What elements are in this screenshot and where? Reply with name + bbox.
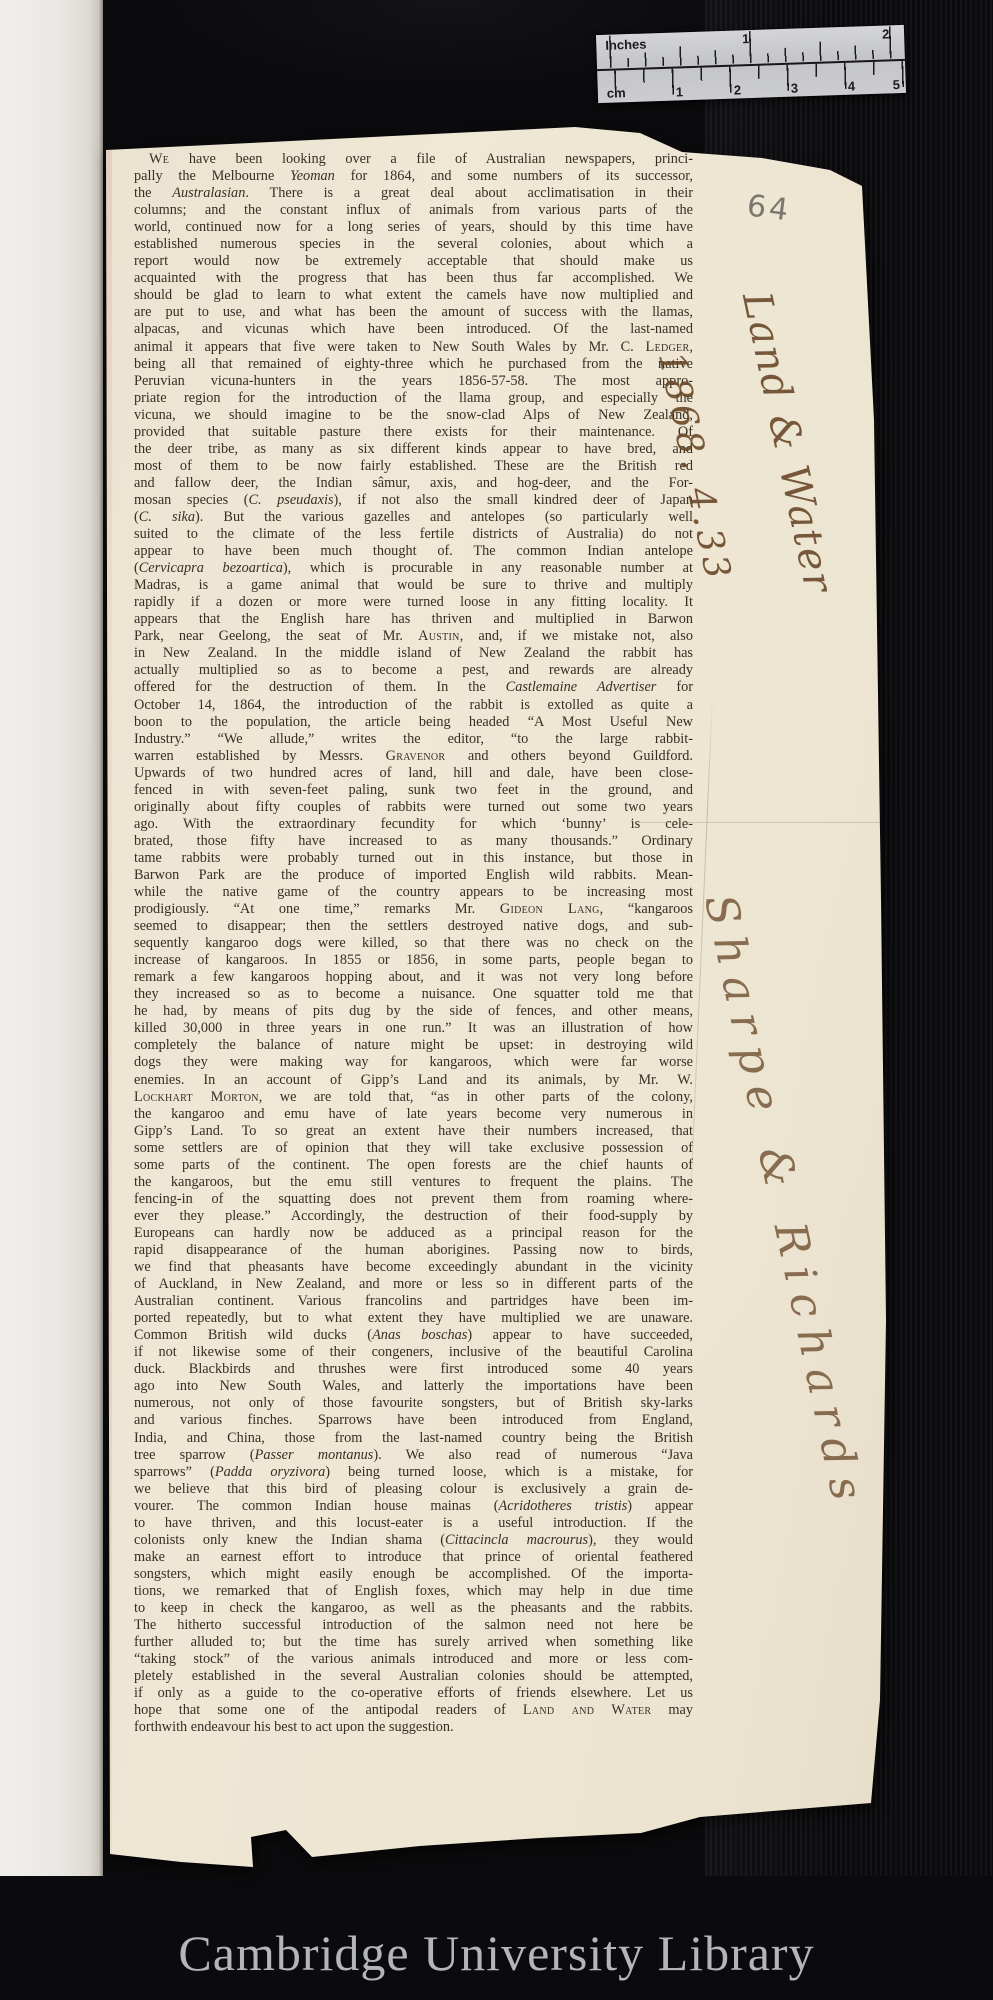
article-line: duck. Blackbirds and thrushes were first… <box>134 1361 693 1378</box>
article-text: We have been looking over a file of Aust… <box>134 151 693 1736</box>
paper-crease-horizontal <box>638 822 884 823</box>
article-line: further alluded to; but the time has sur… <box>134 1634 693 1651</box>
article-line: columns; and the constant influx of anim… <box>134 202 693 219</box>
article-line: pletely established in the several Austr… <box>134 1668 693 1685</box>
article-line: increase of kangaroos. In 1855 or 1856, … <box>134 952 693 969</box>
article-line: Upwards of two hundred acres of land, hi… <box>134 765 693 782</box>
article-line: (Cervicapra bezoartica), which is procur… <box>134 560 693 577</box>
article-line: alpacas, and vicunas which have been int… <box>134 321 693 338</box>
article-line: actually multiplied so as to become a pe… <box>134 662 693 679</box>
article-line: ago. With the extraordinary fecundity fo… <box>134 816 693 833</box>
article-line: in New Zealand. In the middle island of … <box>134 645 693 662</box>
article-line: colonists only knew the Indian shama (Ci… <box>134 1532 693 1549</box>
article-line: India, and China, those from the last-na… <box>134 1430 693 1447</box>
article-line: Industry.” “We allude,” writes the edito… <box>134 731 693 748</box>
article-line: priate region for the introduction of th… <box>134 390 693 407</box>
article-line: they increased so as to become a nuisanc… <box>134 986 693 1003</box>
article-line: originally about fifty couples of rabbit… <box>134 799 693 816</box>
article-line: make an earnest effort to introduce that… <box>134 1549 693 1566</box>
article-line: offered for the destruction of them. In … <box>134 679 693 696</box>
article-line: acquainted with the progress that has be… <box>134 270 693 287</box>
article-line: should be glad to learn to what extent t… <box>134 287 693 304</box>
article-line: The hitherto successful introduction of … <box>134 1617 693 1634</box>
article-line: animal it appears that five were taken t… <box>134 339 693 356</box>
article-line: remark a few kangaroos hopping about, an… <box>134 969 693 986</box>
article-line: while the native game of the country app… <box>134 884 693 901</box>
pencil-page-number: 64 <box>745 188 793 228</box>
article-line: fenced in with seven-feet paling, sunk t… <box>134 782 693 799</box>
article-line: most of them to be now fairly establishe… <box>134 458 693 475</box>
article-line: some parts of the continent. The open fo… <box>134 1157 693 1174</box>
article-line: October 14, 1864, the introduction of th… <box>134 697 693 714</box>
article-line: the deer tribe, as many as six different… <box>134 441 693 458</box>
scan-background: Inches 1 2 cm 1 2 3 4 5 We have been loo… <box>0 0 993 2000</box>
article-line: completely the balance of nature might b… <box>134 1037 693 1054</box>
paper-sheet: We have been looking over a file of Aust… <box>0 0 993 2000</box>
article-line: enemies. In an account of Gipp’s Land an… <box>134 1072 693 1089</box>
article-line: Barwon Park are the produce of imported … <box>134 867 693 884</box>
article-line: pally the Melbourne Yeoman for 1864, and… <box>134 168 693 185</box>
article-line: sparrows” (Padda oryzivora) being turned… <box>134 1464 693 1481</box>
article-line: “taking stock” of the various animals in… <box>134 1651 693 1668</box>
article-line: ported repeatedly, but to what extent th… <box>134 1310 693 1327</box>
article-line: and various finches. Sparrows have been … <box>134 1412 693 1429</box>
article-line: rapid disappearance of the human aborigi… <box>134 1242 693 1259</box>
article-line: report would now be extremely acceptable… <box>134 253 693 270</box>
article-line: boon to the population, the article bein… <box>134 714 693 731</box>
article-line: brated, those fifty have increased to as… <box>134 833 693 850</box>
article-line: warren established by Messrs. Gravenor a… <box>134 748 693 765</box>
article-line: forthwith endeavour his best to act upon… <box>134 1719 693 1736</box>
article-line: suited to the climate of the less fertil… <box>134 526 693 543</box>
article-line: Peruvian vicuna-hunters in the years 185… <box>134 373 693 390</box>
article-line: dogs they were making way for kangaroos,… <box>134 1054 693 1071</box>
ink-annotation-signature: Sharpe & Richards <box>694 890 875 1516</box>
article-line: rapidly if a dozen or more were turned l… <box>134 594 693 611</box>
article-line: vicuna, we should imagine to be the snow… <box>134 407 693 424</box>
article-line: Australian continent. Various francolins… <box>134 1293 693 1310</box>
article-line: of Auckland, in New Zealand, and more or… <box>134 1276 693 1293</box>
article-line: if only as a guide to the co-operative e… <box>134 1685 693 1702</box>
article-line: hope that some one of the antipodal read… <box>134 1702 693 1719</box>
article-line: some settlers are of opinion that they w… <box>134 1140 693 1157</box>
article-line: mosan species (C. pseudaxis), if not als… <box>134 492 693 509</box>
article-line: Madras, is a game animal that would be s… <box>134 577 693 594</box>
article-line: provided that suitable pasture there exi… <box>134 424 693 441</box>
article-line: we believe that this bird of pleasing co… <box>134 1481 693 1498</box>
article-line: vourer. The common Indian house mainas (… <box>134 1498 693 1515</box>
article-line: are put to use, and what has been the am… <box>134 304 693 321</box>
article-line: Europeans can hardly now be adduced as a… <box>134 1225 693 1242</box>
article-line: Gipp’s Land. To so great an extent have … <box>134 1123 693 1140</box>
article-line: tame rabbits were probably turned out in… <box>134 850 693 867</box>
article-line: Common British wild ducks (Anas boschas)… <box>134 1327 693 1344</box>
ink-annotation-source-title: Land & Water <box>733 288 842 598</box>
article-line: appears that the English hare has thrive… <box>134 611 693 628</box>
article-line: fencing-in of the squatting does not pre… <box>134 1191 693 1208</box>
article-line: and fallow deer, the Indian sâmur, axis,… <box>134 475 693 492</box>
article-line: to have thriven, and this locust-eater i… <box>134 1515 693 1532</box>
article-line: the Australasian. There is a great deal … <box>134 185 693 202</box>
article-line: Lockhart Morton, we are told that, “as i… <box>134 1089 693 1106</box>
article-line: (C. sika). But the various gazelles and … <box>134 509 693 526</box>
article-line: the kangaroos, but the emu still venture… <box>134 1174 693 1191</box>
article-line: tions, we remarked that of English foxes… <box>134 1583 693 1600</box>
article-line: to keep in check the kangaroo, as well a… <box>134 1600 693 1617</box>
article-line: Park, near Geelong, the seat of Mr. Aust… <box>134 628 693 645</box>
article-line: we find that pheasants have become excee… <box>134 1259 693 1276</box>
article-line: ago into New South Wales, and latterly t… <box>134 1378 693 1395</box>
article-line: world, continued now for a long series o… <box>134 219 693 236</box>
article-line: We have been looking over a file of Aust… <box>134 151 693 168</box>
article-line: numerous, not only of those favourite so… <box>134 1395 693 1412</box>
article-line: seemed to disappear; then the settlers d… <box>134 918 693 935</box>
article-line: prodigiously. “At one time,” remarks Mr.… <box>134 901 693 918</box>
article-line: ever they please.” Accordingly, the dest… <box>134 1208 693 1225</box>
article-line: songsters, which might easily enough be … <box>134 1566 693 1583</box>
article-line: established numerous species in the seve… <box>134 236 693 253</box>
clipping-paper: We have been looking over a file of Aust… <box>0 0 993 2000</box>
article-line: being all that remained of eighty-three … <box>134 356 693 373</box>
article-line: killed 30,000 in three years in one run.… <box>134 1020 693 1037</box>
article-line: tree sparrow (Passer montanus). We also … <box>134 1447 693 1464</box>
article-line: sequently kangaroo dogs were killed, so … <box>134 935 693 952</box>
article-line: appear to have been much thought of. The… <box>134 543 693 560</box>
article-line: if not likewise some of their congeners,… <box>134 1344 693 1361</box>
article-line: the kangaroo and emu have of late years … <box>134 1106 693 1123</box>
library-watermark: Cambridge University Library <box>0 1924 993 1982</box>
article-line: he had, by means of pits dug by the side… <box>134 1003 693 1020</box>
